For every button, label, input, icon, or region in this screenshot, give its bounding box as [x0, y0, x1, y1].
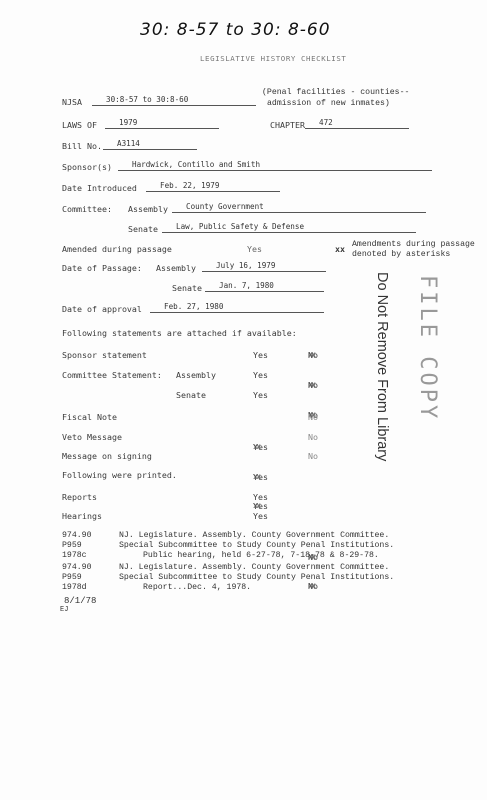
- statement-yes: Yes: [253, 390, 268, 400]
- catalog-line: NJ. Legislature. Assembly. County Govern…: [119, 531, 394, 541]
- call-number: P959: [62, 573, 91, 583]
- footer-date: 8/1/78: [64, 596, 96, 606]
- passage-senate-value: Jan. 7, 1980: [205, 281, 324, 292]
- subject-line-2: admission of new inmates): [267, 99, 390, 108]
- date-introduced-value: Feb. 22, 1979: [146, 181, 280, 192]
- statement-label: Sponsor statement: [62, 350, 147, 360]
- subject-line-1: (Penal facilities - counties--: [262, 88, 409, 97]
- amended-note-line-2: denoted by asterisks: [352, 250, 450, 259]
- amended-note-line-1: Amendments during passage: [352, 240, 475, 249]
- statement-yes-struck: Yes: [253, 472, 487, 482]
- date-approval-value: Feb. 27, 1980: [150, 302, 324, 313]
- chapter-value: 472: [305, 118, 409, 129]
- bill-no-value: A3114: [103, 139, 197, 150]
- amended-no-struck: xx: [335, 244, 345, 254]
- njsa-label: NJSA: [62, 97, 82, 107]
- printed-heading: Following were printed.: [62, 470, 177, 480]
- date-passage-label: Date of Passage:: [62, 263, 142, 273]
- call-number: P959: [62, 541, 91, 551]
- statement-no: No: [308, 432, 318, 442]
- statement-label: Message on signing: [62, 451, 152, 461]
- call-number: 974.90: [62, 531, 91, 541]
- catalog-entry: 974.90 P959 1978c: [62, 531, 91, 561]
- statement-sublabel: Senate: [176, 390, 206, 400]
- statement-no-struck: No: [308, 350, 487, 360]
- statement-label: Fiscal Note: [62, 412, 117, 422]
- amended-label: Amended during passage: [62, 244, 172, 254]
- statement-yes: Yes: [253, 370, 268, 380]
- catalog-line: NJ. Legislature. Assembly. County Govern…: [119, 563, 394, 573]
- laws-of-label: LAWS OF: [62, 120, 97, 130]
- statement-no: No: [308, 412, 318, 422]
- statement-yes-struck: Yes: [253, 501, 487, 511]
- passage-assembly-value: July 16, 1979: [202, 261, 326, 272]
- call-number: 1978d: [62, 583, 91, 593]
- catalog-line: Report...Dec. 4, 1978.: [119, 583, 394, 593]
- printed-yes: Yes: [253, 492, 268, 502]
- catalog-entry: 974.90 P959 1978d: [62, 563, 91, 593]
- printed-yes: Yes: [253, 511, 268, 521]
- printed-label: Reports: [62, 492, 97, 502]
- statements-heading: Following statements are attached if ava…: [62, 328, 297, 338]
- statement-yes-struck: Yes: [253, 442, 487, 452]
- date-approval-label: Date of approval: [62, 304, 142, 314]
- passage-assembly-label: Assembly: [156, 263, 196, 273]
- committee-assembly-label: Assembly: [128, 204, 168, 214]
- library-stamp: Do Not Remove From Library: [374, 272, 390, 461]
- statement-label: Committee Statement:: [62, 370, 162, 380]
- committee-assembly-value: County Government: [172, 202, 426, 213]
- statement-sublabel: Assembly: [176, 370, 216, 380]
- printed-label: Hearings: [62, 511, 102, 521]
- catalog-description: NJ. Legislature. Assembly. County Govern…: [119, 531, 394, 561]
- handwritten-title: 30: 8-57 to 30: 8-60: [140, 20, 331, 40]
- passage-senate-label: Senate: [172, 283, 202, 293]
- chapter-label: CHAPTER: [270, 120, 305, 130]
- amended-yes: Yes: [247, 244, 262, 254]
- catalog-description: NJ. Legislature. Assembly. County Govern…: [119, 563, 394, 593]
- statement-label: Veto Message: [62, 432, 122, 442]
- sponsors-label: Sponsor(s): [62, 162, 112, 172]
- statement-no-struck: No: [308, 410, 487, 420]
- file-copy-stamp: FILE COPY: [415, 275, 440, 421]
- checklist-title: LEGISLATIVE HISTORY CHECKLIST: [200, 54, 346, 63]
- checklist-page: 30: 8-57 to 30: 8-60 LEGISLATIVE HISTORY…: [0, 0, 487, 800]
- statement-no-struck: No: [308, 380, 487, 390]
- catalog-line: Special Subcommittee to Study County Pen…: [119, 573, 394, 583]
- njsa-value: 30:8-57 to 30:8-60: [92, 95, 256, 106]
- committee-senate-label: Senate: [128, 224, 158, 234]
- statement-no: No: [308, 451, 318, 461]
- bill-no-label: Bill No.: [62, 141, 102, 151]
- call-number: 1978c: [62, 551, 91, 561]
- sponsors-value: Hardwick, Contillo and Smith: [118, 160, 432, 171]
- footer-initials: EJ: [60, 605, 68, 615]
- call-number: 974.90: [62, 563, 91, 573]
- committee-label: Committee:: [62, 204, 112, 214]
- date-introduced-label: Date Introduced: [62, 183, 137, 193]
- laws-of-value: 1979: [105, 118, 219, 129]
- statement-yes: Yes: [253, 350, 268, 360]
- catalog-line: Public hearing, held 6-27-78, 7-18-78 & …: [119, 551, 394, 561]
- catalog-line: Special Subcommittee to Study County Pen…: [119, 541, 394, 551]
- committee-senate-value: Law, Public Safety & Defense: [162, 222, 416, 233]
